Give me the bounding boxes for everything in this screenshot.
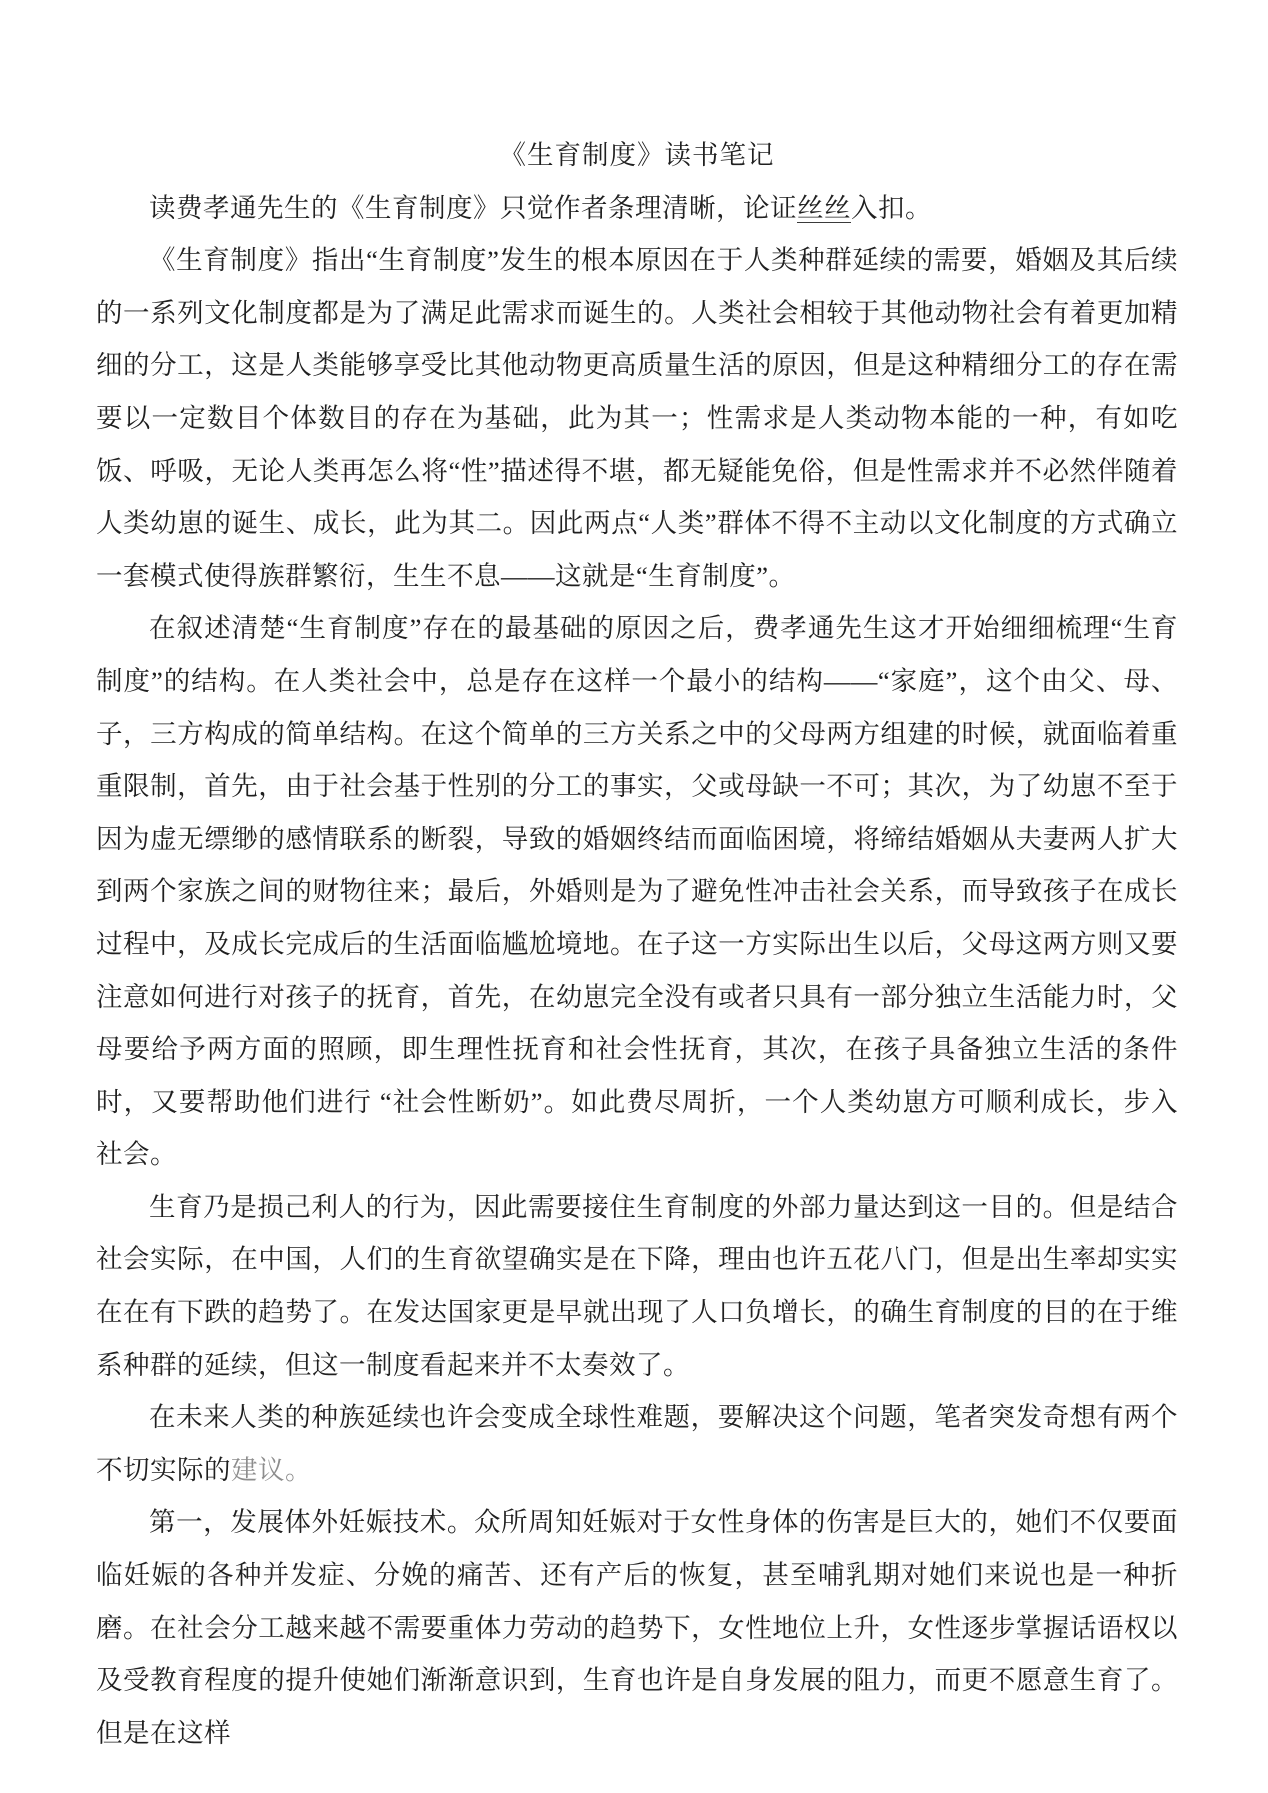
text-segment: 入扣。 bbox=[851, 193, 932, 223]
document-title: 《生育制度》读书笔记 bbox=[96, 129, 1178, 182]
text-segment-underline: 丝丝 bbox=[797, 193, 851, 223]
paragraph: 在未来人类的种族延续也许会变成全球性难题，要解决这个问题，笔者突发奇想有两个不切… bbox=[96, 1391, 1178, 1496]
text-segment-muted: 建议。 bbox=[231, 1455, 312, 1485]
paragraph: 读费孝通先生的《生育制度》只觉作者条理清晰，论证丝丝入扣。 bbox=[96, 182, 1178, 235]
paragraph: 第一，发展体外妊娠技术。众所周知妊娠对于女性身体的伤害是巨大的，她们不仅要面临妊… bbox=[96, 1496, 1178, 1759]
text-segment: 读费孝通先生的《生育制度》只觉作者条理清晰，论证 bbox=[149, 193, 797, 223]
paragraph: 《生育制度》指出“生育制度”发生的根本原因在于人类种群延续的需要，婚姻及其后续的… bbox=[96, 234, 1178, 602]
text-segment: 生育乃是损己利人的行为，因此需要接住生育制度的外部力量达到这一目的。但是结合社会… bbox=[96, 1192, 1178, 1380]
text-segment: 第一，发展体外妊娠技术。众所周知妊娠对于女性身体的伤害是巨大的，她们不仅要面临妊… bbox=[96, 1507, 1178, 1747]
text-segment: 在叙述清楚“生育制度”存在的最基础的原因之后，费孝通先生这才开始细细梳理“生育制… bbox=[96, 613, 1178, 1169]
paragraph: 生育乃是损己利人的行为，因此需要接住生育制度的外部力量达到这一目的。但是结合社会… bbox=[96, 1181, 1178, 1391]
document-page: 《生育制度》读书笔记 读费孝通先生的《生育制度》只觉作者条理清晰，论证丝丝入扣。… bbox=[0, 0, 1268, 1793]
text-segment: 《生育制度》指出“生育制度”发生的根本原因在于人类种群延续的需要，婚姻及其后续的… bbox=[96, 245, 1178, 591]
paragraph: 在叙述清楚“生育制度”存在的最基础的原因之后，费孝通先生这才开始细细梳理“生育制… bbox=[96, 602, 1178, 1181]
document-body: 读费孝通先生的《生育制度》只觉作者条理清晰，论证丝丝入扣。《生育制度》指出“生育… bbox=[96, 182, 1178, 1760]
